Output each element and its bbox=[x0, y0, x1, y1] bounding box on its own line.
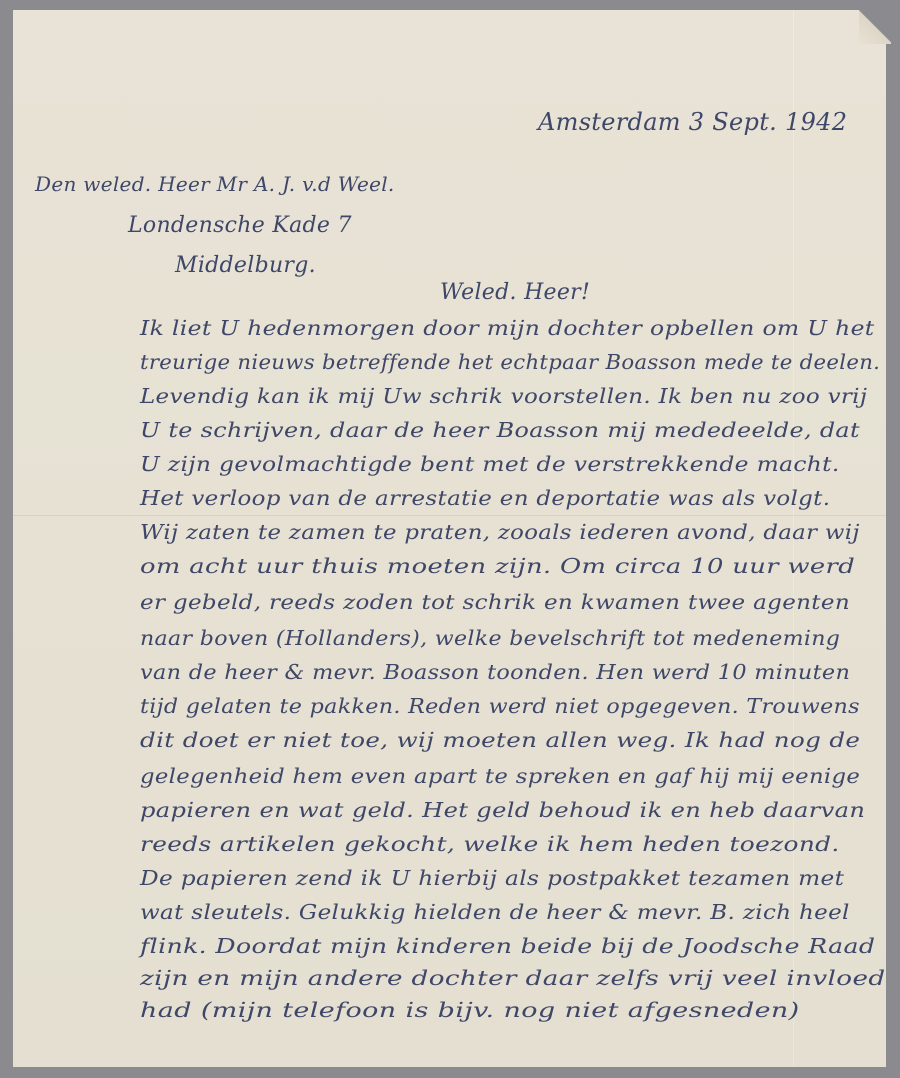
body-line: zijn en mijn andere dochter daar zelfs v… bbox=[140, 966, 886, 990]
body-line: Ik liet U hedenmorgen door mijn dochter … bbox=[140, 316, 875, 340]
body-line: U zijn gevolmachtigde bent met de verstr… bbox=[140, 452, 840, 476]
date-line: Amsterdam 3 Sept. 1942 bbox=[538, 108, 847, 136]
body-line: van de heer & mevr. Boasson toonden. Hen… bbox=[140, 660, 850, 684]
address-street: Londensche Kade 7 bbox=[128, 213, 352, 238]
body-line: dit doet er niet toe, wij moeten allen w… bbox=[140, 728, 860, 752]
body-line: reeds artikelen gekocht, welke ik hem he… bbox=[140, 832, 840, 856]
body-line: Het verloop van de arrestatie en deporta… bbox=[140, 486, 830, 510]
body-line: Levendig kan ik mij Uw schrik voorstelle… bbox=[140, 384, 867, 408]
body-line: had (mijn telefoon is bijv. nog niet afg… bbox=[140, 998, 800, 1022]
body-line: flink. Doordat mijn kinderen beide bij d… bbox=[140, 934, 875, 958]
body-line: om acht uur thuis moeten zijn. Om circa … bbox=[140, 554, 855, 578]
body-line: treurige nieuws betreffende het echtpaar… bbox=[140, 350, 880, 374]
body-line: naar boven (Hollanders), welke bevelschr… bbox=[140, 626, 840, 650]
folded-corner bbox=[859, 10, 891, 44]
address-city: Middelburg. bbox=[175, 253, 316, 278]
body-line: De papieren zend ik U hierbij als postpa… bbox=[140, 866, 844, 890]
body-line: U te schrijven, daar de heer Boasson mij… bbox=[140, 418, 860, 442]
body-line: gelegenheid hem even apart te spreken en… bbox=[140, 764, 860, 788]
paper-fold-horizontal bbox=[13, 515, 886, 516]
body-line: tijd gelaten te pakken. Reden werd niet … bbox=[140, 694, 860, 718]
address-recipient: Den weled. Heer Mr A. J. v.d Weel. bbox=[35, 172, 395, 196]
body-line: wat sleutels. Gelukkig hielden de heer &… bbox=[140, 900, 850, 924]
salutation: Weled. Heer! bbox=[440, 280, 590, 305]
body-line: er gebeld, reeds zoden tot schrik en kwa… bbox=[140, 590, 850, 614]
body-line: Wij zaten te zamen te praten, zooals ied… bbox=[140, 520, 860, 544]
body-line: papieren en wat geld. Het geld behoud ik… bbox=[140, 798, 865, 822]
